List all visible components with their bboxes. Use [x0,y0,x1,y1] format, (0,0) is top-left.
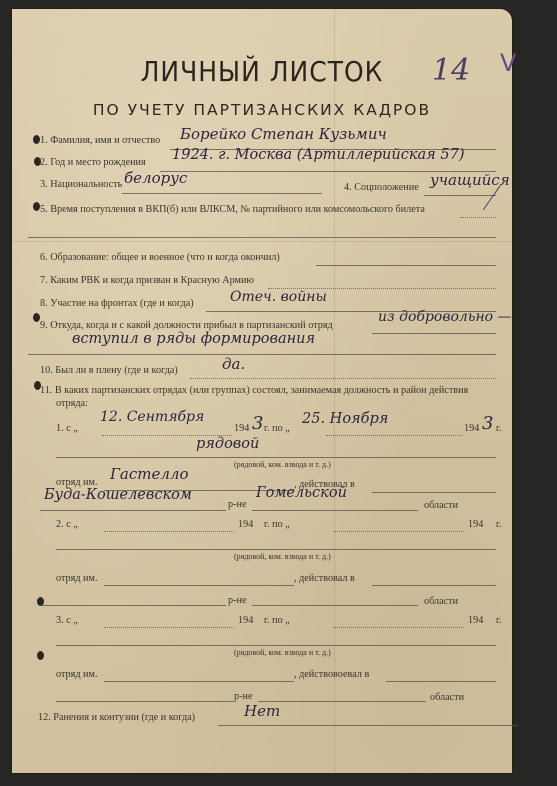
year-suffix: г. по „ [264,519,290,530]
field-5-line [460,217,496,218]
field-5-label: 5. Время поступления в ВКП(б) или ВЛКСМ,… [40,204,425,215]
punch-hole [33,135,40,144]
to-date-line[interactable] [334,627,464,628]
rayon-line[interactable] [56,701,234,702]
field-9-label: 9. Откуда, когда и с какой должности при… [40,320,333,331]
rayon-label: р-не [228,595,246,606]
field-7-label: 7. Каким РВК и когда призван в Красную А… [40,275,254,286]
field-12-value[interactable]: Нет [244,702,280,720]
punch-hole [37,651,44,660]
to-year-prefix: 194 [468,615,483,626]
handwritten-sheet-number: 14 [432,53,470,88]
field-4-label: 4. Соцположение [344,182,419,193]
oblast-line[interactable] [258,701,426,702]
field-3-label: 3. Национальность [40,179,122,190]
entry-number: 2. с „ [56,519,78,530]
oblast-label: области [424,500,458,511]
position-line[interactable] [56,549,496,550]
position-line[interactable] [56,645,496,646]
position-hint: (рядовой, ком. взвода и т. д.) [234,648,331,657]
oblast-line [252,510,418,511]
position-line [56,457,496,458]
from-year-digit[interactable]: 3 [252,413,263,434]
otryad-label: отряд им. [56,669,98,680]
to-year-digit[interactable]: 3 [482,413,493,434]
field-4-line [424,195,496,196]
from-date-line[interactable] [104,531,234,532]
rayon-label: р-не [228,499,246,510]
to-date-value[interactable]: 25. Ноября [302,411,388,427]
to-date-line [326,435,462,436]
to-date-line[interactable] [334,531,464,532]
end-suffix: г. [496,615,502,626]
field-6-line [316,265,496,266]
otryad-value[interactable]: Гастелло [110,465,189,483]
position-hint: (рядовой, ком. взвода и т. д.) [234,460,331,469]
position-value[interactable]: рядовой [196,436,259,452]
field-12-line [218,725,518,726]
field-9-line-2 [28,354,496,355]
deistvoval-line[interactable] [386,681,496,682]
field-1-value[interactable]: Борейко Степан Кузьмич [180,125,387,143]
field-5-line-2 [28,237,496,238]
oblast-label: области [430,692,464,703]
field-9-line [372,333,496,334]
deistvoval-line[interactable] [372,585,496,586]
check-mark: V [500,49,516,77]
end-suffix: г. [496,423,502,434]
year-suffix: г. по „ [264,423,290,434]
rayon-line[interactable] [40,605,226,606]
from-year-prefix: 194 [238,615,253,626]
field-9-value-line2[interactable]: вступил в ряды формирования [72,331,315,347]
otryad-line[interactable] [104,585,294,586]
otryad-line[interactable] [104,681,294,682]
to-year-prefix: 194 [464,423,479,434]
oblast-label: области [424,596,458,607]
document-subtitle: ПО УЧЕТУ ПАРТИЗАНСКИХ КАДРОВ [12,101,512,119]
rayon-label: р-не [234,691,252,702]
field-10-label: 10. Был ли в плену (где и когда) [40,365,178,376]
rayon-value[interactable]: Буда-Кошелевском [44,487,192,503]
otryad-label: отряд им. [56,573,98,584]
field-6-label: 6. Образование: общее и военное (что и к… [40,252,280,263]
from-year-prefix: 194 [238,519,253,530]
position-hint: (рядовой, ком. взвода и т. д.) [234,552,331,561]
entry-number: 3. с „ [56,615,78,626]
document-sheet: ЛИЧНЫЙ ЛИСТОК 14 V ПО УЧЕТУ ПАРТИЗАНСКИХ… [12,9,512,773]
from-date-value[interactable]: 12. Сентября [100,409,204,425]
field-10-line [190,378,496,379]
oblast-value[interactable]: Гомельской [256,485,347,501]
field-3-line [122,193,322,194]
field-2-value[interactable]: 1924. г. Москва (Артиллерийская 57) [172,147,464,163]
year-suffix: г. по „ [264,615,290,626]
entry-number: 1. с „ [56,423,78,434]
field-10-value[interactable]: да. [222,355,245,373]
end-suffix: г. [496,519,502,530]
field-3-value[interactable]: белорус [124,169,187,187]
field-8-label: 8. Участие на фронтах (где и когда) [40,298,194,309]
from-year-prefix: 194 [234,423,249,434]
oblast-line[interactable] [252,605,418,606]
field-11-label-cont: отряда: [56,398,88,409]
to-year-prefix: 194 [468,519,483,530]
field-9-value-line1[interactable]: из добровольно — [378,309,512,325]
field-2-label: 2. Год и место рождения [40,157,146,168]
field-11-label: 11. В каких партизанских отрядах (или гр… [40,385,468,396]
from-date-line[interactable] [104,627,234,628]
punch-hole [33,313,40,322]
field-12-label: 12. Ранения и контузии (где и когда) [38,712,195,723]
punch-hole [33,202,40,211]
paper-fold [12,241,512,242]
deistvoval-line [372,492,496,493]
deistvoval-label: , действовоевал в [294,669,369,680]
rayon-line [40,510,226,511]
deistvoval-label: , действовал в [294,573,355,584]
field-1-label: 1. Фамилия, имя и отчество [40,135,160,146]
field-8-value[interactable]: Отеч. войны [230,289,327,305]
